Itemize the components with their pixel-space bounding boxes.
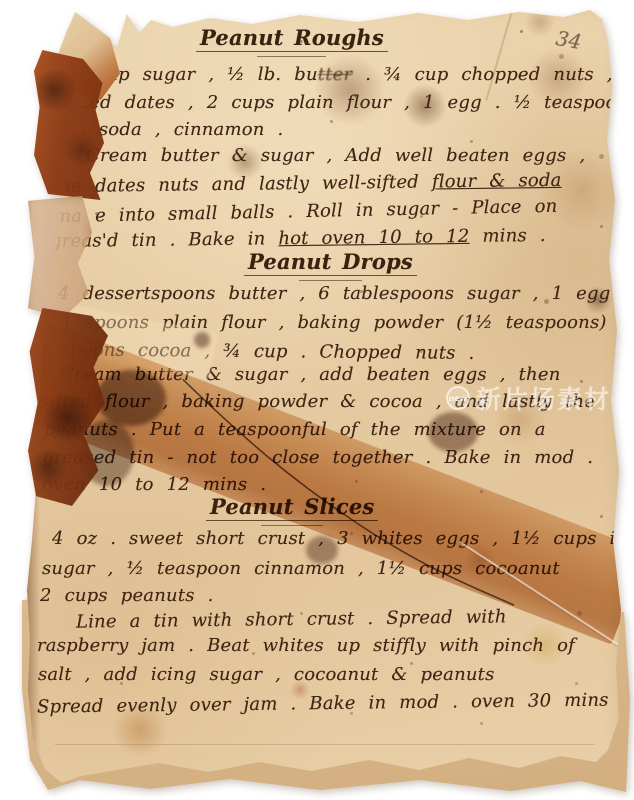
paper-crease	[485, 12, 512, 101]
line-text: cup sugar , ½ lb. bu	[96, 64, 318, 85]
line-text: the dates nuts and lastly well-sifted	[52, 171, 432, 197]
recipe-line: cup sugar , ½ lb. butter . ¾ cup chopped…	[96, 63, 613, 87]
recipe-line: Line a tin with short crust . Spread wit…	[76, 605, 507, 634]
recipe-line: Cream butter & sugar , Add well beaten e…	[86, 144, 585, 168]
recipe-line: salt , add icing sugar , cocoanut & pean…	[38, 663, 495, 687]
ink-specks	[0, 0, 3, 3]
recipe-line: m..ed dates , 2 cups plain flour , 1 egg…	[60, 91, 628, 115]
photo-background: 34 Peanut Roughs cup sugar , ½ lb. butte…	[0, 0, 634, 800]
recipe-title: Peanut Roughs	[196, 26, 388, 52]
underlined-text: flour & soda	[432, 170, 562, 193]
recipe-line: raspberry jam . Beat whites up stiffly w…	[37, 634, 575, 658]
stain-blob	[96, 370, 166, 426]
stain-blob	[306, 536, 338, 564]
struck-text: tter	[318, 64, 353, 85]
recipe-line: 4 dessertspoons butter , 6 tablespoons s…	[58, 282, 629, 306]
paper-crease	[55, 744, 595, 745]
underlined-text: hot oven 10 to 12	[278, 226, 469, 249]
recipe-line: . soda , cinnamon .	[80, 118, 283, 142]
recipe-line: the dates nuts and lastly well-sifted fl…	[52, 169, 562, 199]
recipe-line: Spread evenly over jam . Bake in mod . o…	[37, 688, 628, 719]
line-text: . ¾ cup chopped nuts ,	[352, 64, 612, 85]
page-number: 34	[554, 26, 583, 54]
line-text: mins .	[469, 225, 545, 247]
recipe-title: Peanut Drops	[244, 250, 417, 276]
recipe-line: 2 cups peanuts .	[40, 584, 214, 608]
stain-blob	[428, 412, 478, 452]
stain-blob	[194, 332, 210, 348]
